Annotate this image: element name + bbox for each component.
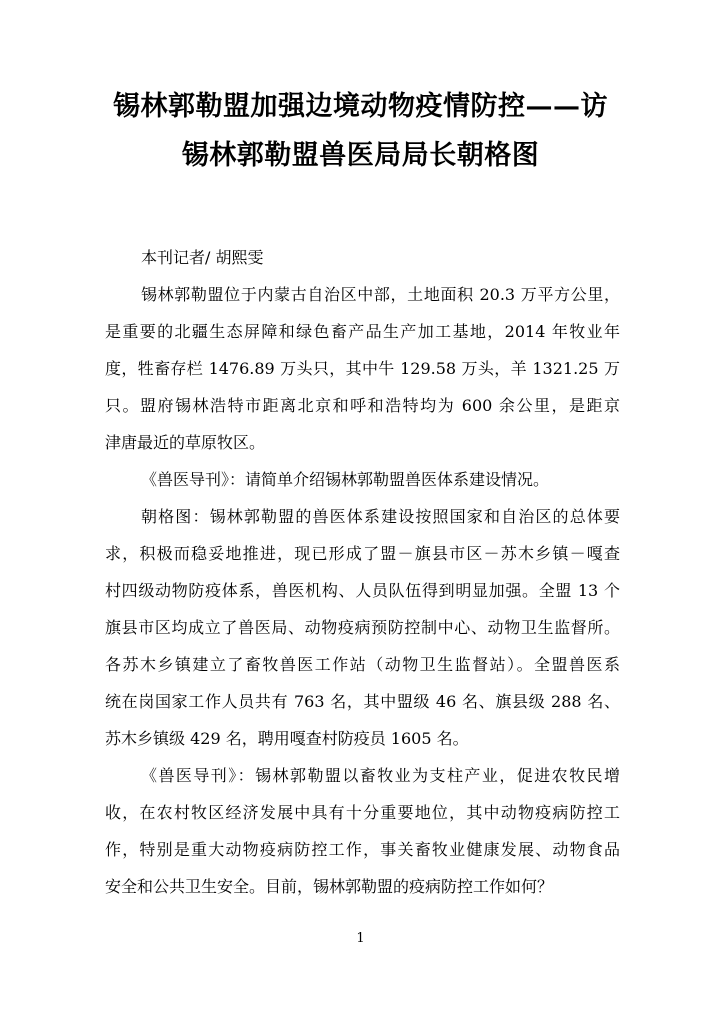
body-line: 作，特别是重大动物疫病防控工作，事关畜牧业健康发展、动物食品 [105,831,620,868]
body-line: 度，牲畜存栏 1476.89 万头只，其中牛 129.58 万头，羊 1321.… [105,350,620,387]
body-line: 津唐最近的草原牧区。 [105,424,620,461]
document-body: 本刊记者/ 胡熙雯 锡林郭勒盟位于内蒙古自治区中部，土地面积 20.3 万平方公… [105,239,620,905]
page-number: 1 [0,930,721,948]
document-title: 锡林郭勒盟加强边境动物疫情防控——访 锡林郭勒盟兽医局局长朝格图 [103,82,618,180]
body-line: 安全和公共卫生安全。目前，锡林郭勒盟的疫病防控工作如何？ [105,868,620,905]
body-line: 朝格图：锡林郭勒盟的兽医体系建设按照国家和自治区的总体要 [105,498,620,535]
body-line: 收，在农村牧区经济发展中具有十分重要地位，其中动物疫病防控工 [105,794,620,831]
body-line: 各苏木乡镇建立了畜牧兽医工作站（动物卫生监督站）。全盟兽医系 [105,646,620,683]
document-page: 锡林郭勒盟加强边境动物疫情防控——访 锡林郭勒盟兽医局局长朝格图 本刊记者/ 胡… [0,0,721,1020]
body-line: 苏木乡镇级 429 名，聘用嘎查村防疫员 1605 名。 [105,720,620,757]
body-line: 《兽医导刊》：请简单介绍锡林郭勒盟兽医体系建设情况。 [105,461,620,498]
body-line: 求，积极而稳妥地推进，现已形成了盟－旗县市区－苏木乡镇－嘎查 [105,535,620,572]
body-line: 锡林郭勒盟位于内蒙古自治区中部，土地面积 20.3 万平方公里， [105,276,620,313]
body-line: 旗县市区均成立了兽医局、动物疫病预防控制中心、动物卫生监督所。 [105,609,620,646]
body-line: 统在岗国家工作人员共有 763 名，其中盟级 46 名、旗县级 288 名、 [105,683,620,720]
body-line: 是重要的北疆生态屏障和绿色畜产品生产加工基地，2014 年牧业年 [105,313,620,350]
document-title-line-1: 锡林郭勒盟加强边境动物疫情防控——访 [103,82,618,131]
byline: 本刊记者/ 胡熙雯 [105,239,620,276]
document-title-line-2: 锡林郭勒盟兽医局局长朝格图 [103,131,618,180]
body-line: 村四级动物防疫体系，兽医机构、人员队伍得到明显加强。全盟 13 个 [105,572,620,609]
body-line: 只。盟府锡林浩特市距离北京和呼和浩特均为 600 余公里，是距京 [105,387,620,424]
body-line: 《兽医导刊》：锡林郭勒盟以畜牧业为支柱产业，促进农牧民增 [105,757,620,794]
